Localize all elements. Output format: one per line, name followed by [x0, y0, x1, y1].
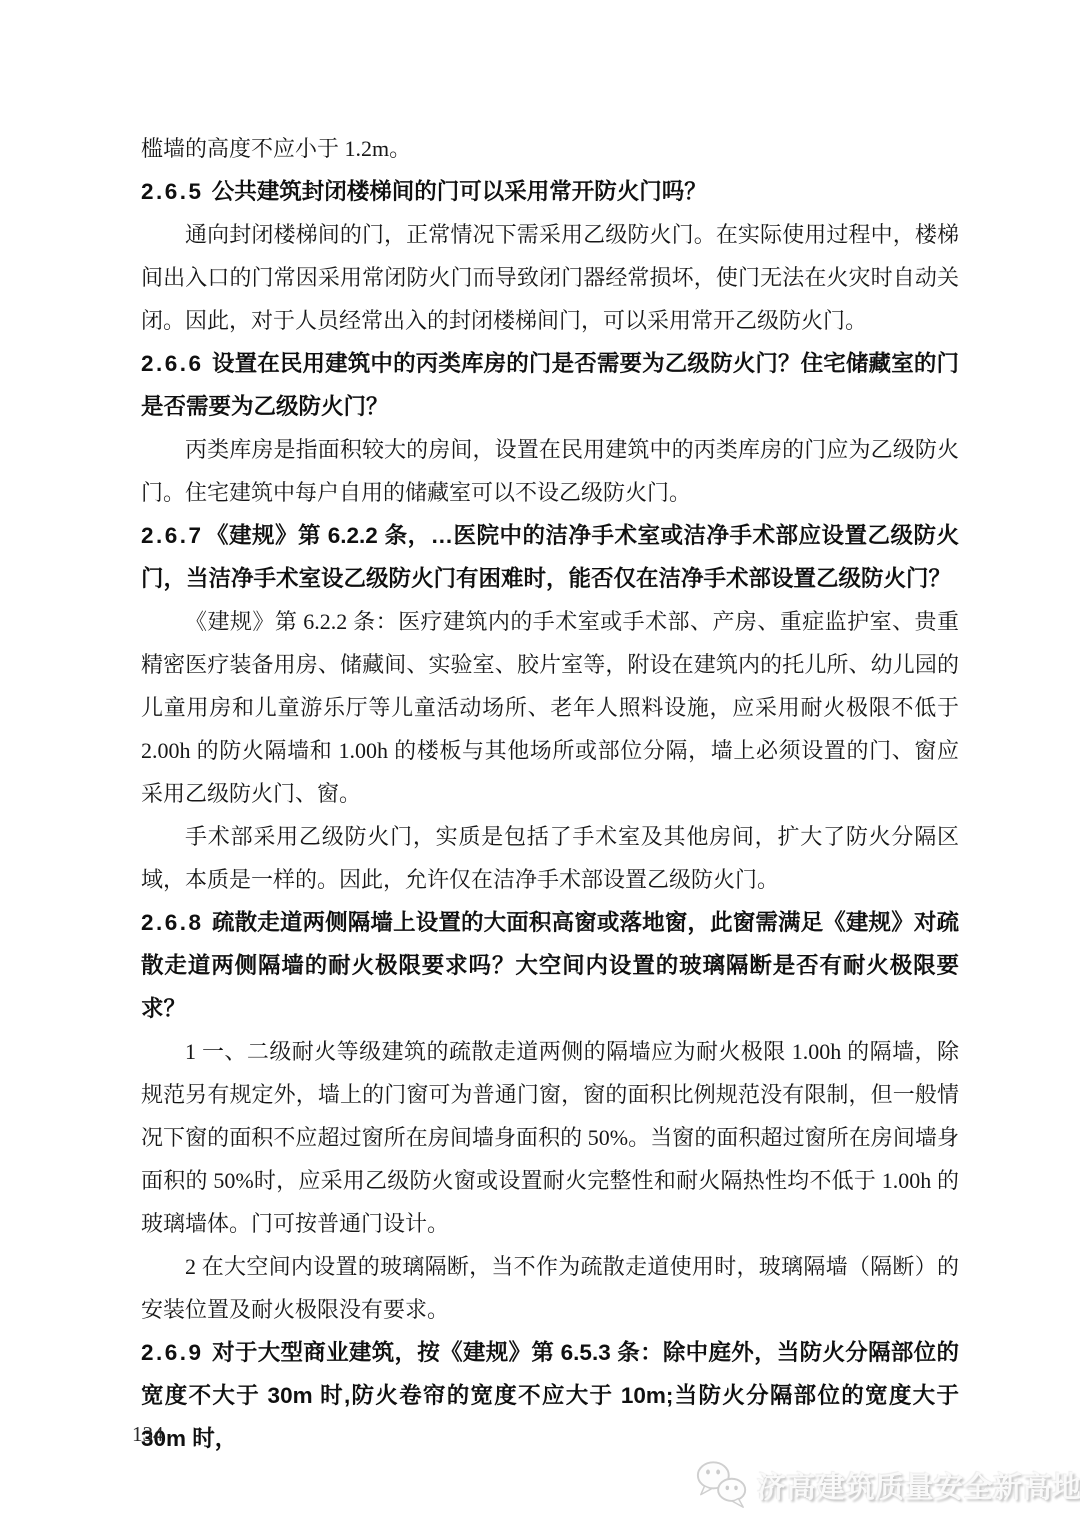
document-content: 槛墙的高度不应小于 1.2m。 2.6.5 公共建筑封闭楼梯间的门可以采用常开防… — [141, 127, 959, 1460]
continuation-paragraph: 槛墙的高度不应小于 1.2m。 — [141, 127, 959, 170]
watermark: 济高建筑质量安全新高地 — [694, 1456, 1080, 1514]
section-title: 设置在民用建筑中的丙类库房的门是否需要为乙级防火门？住宅储藏室的门是否需要为乙级… — [141, 351, 959, 419]
section-number: 2.6.9 — [141, 1340, 204, 1365]
section-heading-2-6-9: 2.6.9 对于大型商业建筑，按《建规》第 6.5.3 条：除中庭外，当防火分隔… — [141, 1331, 959, 1460]
paragraph: 通向封闭楼梯间的门，正常情况下需采用乙级防火门。在实际使用过程中，楼梯间出入口的… — [141, 213, 959, 342]
paragraph: 2 在大空间内设置的玻璃隔断，当不作为疏散走道使用时，玻璃隔墙（隔断）的安装位置… — [141, 1245, 959, 1331]
section-title: 疏散走道两侧隔墙上设置的大面积高窗或落地窗，此窗需满足《建规》对疏散走道两侧隔墙… — [141, 910, 959, 1021]
section-number: 2.6.7 — [141, 523, 204, 548]
section-number: 2.6.8 — [141, 910, 204, 935]
paragraph: 《建规》第 6.2.2 条：医疗建筑内的手术室或手术部、产房、重症监护室、贵重精… — [141, 600, 959, 815]
section-number: 2.6.6 — [141, 351, 204, 376]
wechat-icon — [694, 1458, 750, 1512]
page-number: 134 — [132, 1422, 164, 1447]
section-title: 对于大型商业建筑，按《建规》第 6.5.3 条：除中庭外，当防火分隔部位的宽度不… — [141, 1340, 959, 1451]
section-heading-2-6-7: 2.6.7《建规》第 6.2.2 条，…医院中的洁净手术室或洁净手术部应设置乙级… — [141, 514, 959, 600]
section-heading-2-6-8: 2.6.8 疏散走道两侧隔墙上设置的大面积高窗或落地窗，此窗需满足《建规》对疏散… — [141, 901, 959, 1030]
section-number: 2.6.5 — [141, 179, 204, 204]
paragraph: 手术部采用乙级防火门，实质是包括了手术室及其他房间，扩大了防火分隔区域，本质是一… — [141, 815, 959, 901]
section-title: 公共建筑封闭楼梯间的门可以采用常开防火门吗？ — [206, 179, 707, 204]
section-heading-2-6-5: 2.6.5 公共建筑封闭楼梯间的门可以采用常开防火门吗？ — [141, 170, 959, 213]
section-title: 《建规》第 6.2.2 条，…医院中的洁净手术室或洁净手术部应设置乙级防火门，当… — [141, 523, 959, 591]
paragraph: 1 一、二级耐火等级建筑的疏散走道两侧的隔墙应为耐火极限 1.00h 的隔墙，除… — [141, 1030, 959, 1245]
paragraph: 丙类库房是指面积较大的房间，设置在民用建筑中的丙类库房的门应为乙级防火门。住宅建… — [141, 428, 959, 514]
watermark-text: 济高建筑质量安全新高地 — [757, 1465, 1080, 1506]
document-page: 槛墙的高度不应小于 1.2m。 2.6.5 公共建筑封闭楼梯间的门可以采用常开防… — [0, 0, 1080, 1527]
section-heading-2-6-6: 2.6.6 设置在民用建筑中的丙类库房的门是否需要为乙级防火门？住宅储藏室的门是… — [141, 342, 959, 428]
